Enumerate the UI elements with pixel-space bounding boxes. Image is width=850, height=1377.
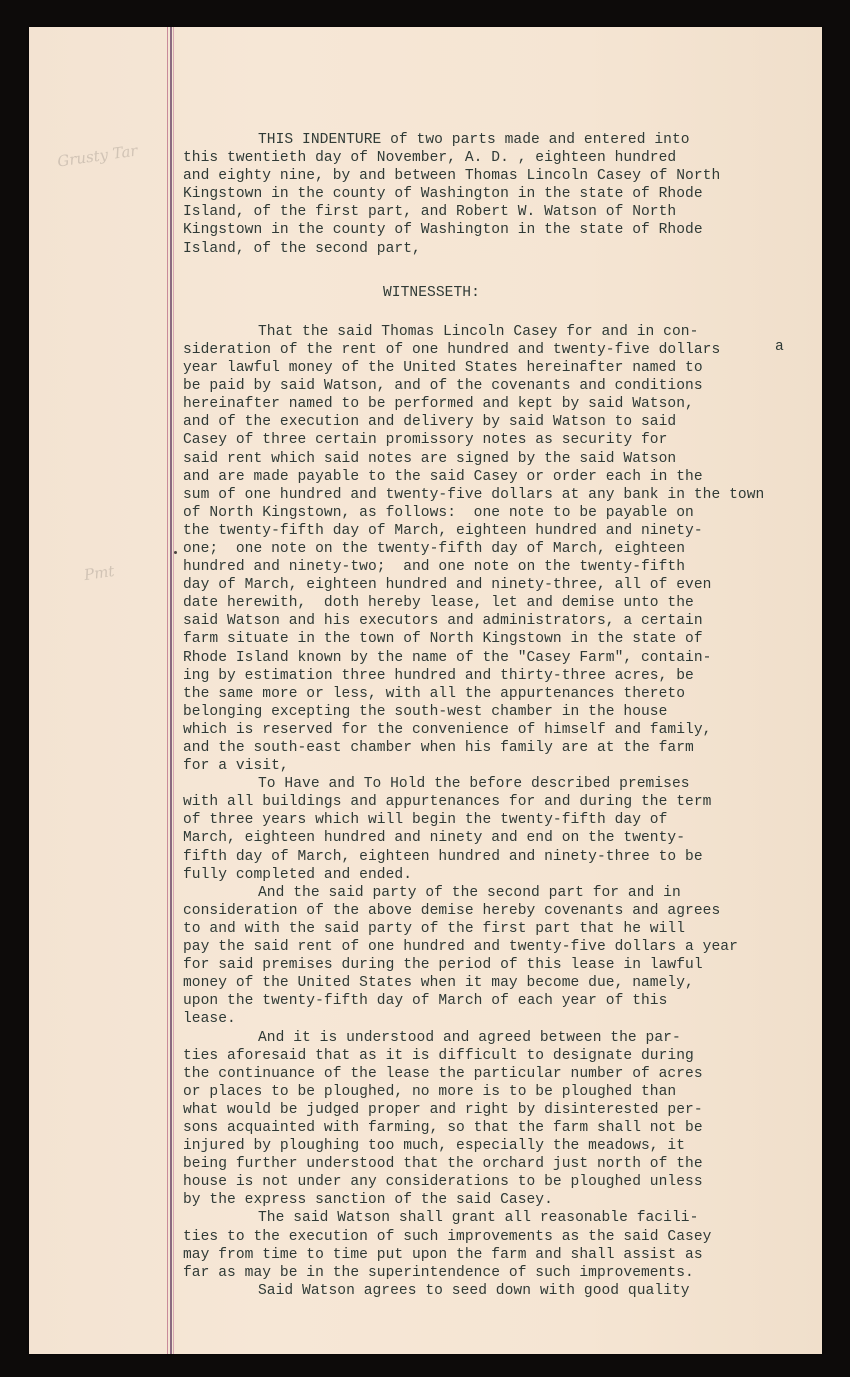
ink-mark <box>174 551 177 554</box>
text-line: And it is understood and agreed between … <box>183 1029 823 1047</box>
overflow-word: a <box>775 339 784 355</box>
text-line: hereinafter named to be performed and ke… <box>183 395 823 413</box>
text-line: what would be judged proper and right by… <box>183 1101 823 1119</box>
pencil-margin-note: Grusty Tar <box>56 141 138 170</box>
paragraph-covenant-rent: And the said party of the second part fo… <box>183 884 823 1029</box>
text-line: March, eighteen hundred and ninety and e… <box>183 829 823 847</box>
text-line: sons acquainted with farming, so that th… <box>183 1119 823 1137</box>
margin-rule <box>170 27 172 1354</box>
paragraph-consideration: That the said Thomas Lincoln Casey for a… <box>183 323 823 775</box>
text-line: far as may be in the superintendence of … <box>183 1264 823 1282</box>
text-line: and are made payable to the said Casey o… <box>183 468 823 486</box>
text-line: said Watson and his executors and admini… <box>183 612 823 630</box>
text-line: pay the said rent of one hundred and twe… <box>183 938 823 956</box>
pencil-margin-note: Pmt <box>83 562 116 584</box>
text-line: and the south-east chamber when his fami… <box>183 739 823 757</box>
paragraph-ploughing: And it is understood and agreed between … <box>183 1029 823 1210</box>
text-line: may from time to time put upon the farm … <box>183 1246 823 1264</box>
text-line: being further understood that the orchar… <box>183 1155 823 1173</box>
text-line: Island, of the second part, <box>183 240 823 258</box>
text-line: hundred and ninety-two; and one note on … <box>183 558 823 576</box>
text-line: sum of one hundred and twenty-five dolla… <box>183 486 823 504</box>
text-line: which is reserved for the convenience of… <box>183 721 823 739</box>
text-line: this twentieth day of November, A. D. , … <box>183 149 823 167</box>
text-line: the same more or less, with all the appu… <box>183 685 823 703</box>
text-line: Kingstown in the county of Washington in… <box>183 185 823 203</box>
paragraph-seeding: Said Watson agrees to seed down with goo… <box>183 1282 823 1300</box>
paragraph-habendum: To Have and To Hold the before described… <box>183 775 823 884</box>
text-line: ing by estimation three hundred and thir… <box>183 667 823 685</box>
text-line: and eighty nine, by and between Thomas L… <box>183 167 823 185</box>
text-line: farm situate in the town of North Kingst… <box>183 630 823 648</box>
text-line: year lawful money of the United States h… <box>183 359 823 377</box>
text-line: Kingstown in the county of Washington in… <box>183 221 823 239</box>
text-line: To Have and To Hold the before described… <box>183 775 823 793</box>
text-line: consideration of the above demise hereby… <box>183 902 823 920</box>
text-line: Said Watson agrees to seed down with goo… <box>183 1282 823 1300</box>
text-line: That the said Thomas Lincoln Casey for a… <box>183 323 823 341</box>
paragraph-preamble: THIS INDENTURE of two parts made and ent… <box>183 131 823 258</box>
text-line: house is not under any considerations to… <box>183 1173 823 1191</box>
text-line: THIS INDENTURE of two parts made and ent… <box>183 131 823 149</box>
text-line: The said Watson shall grant all reasonab… <box>183 1209 823 1227</box>
text-line: Island, of the first part, and Robert W.… <box>183 203 823 221</box>
text-line: And the said party of the second part fo… <box>183 884 823 902</box>
text-line: for a visit, <box>183 757 823 775</box>
text-line: upon the twenty-fifth day of March of ea… <box>183 992 823 1010</box>
text-line: fully completed and ended. <box>183 866 823 884</box>
margin-rule <box>167 27 168 1354</box>
text-line: ties aforesaid that as it is difficult t… <box>183 1047 823 1065</box>
text-line: lease. <box>183 1010 823 1028</box>
text-line: be paid by said Watson, and of the coven… <box>183 377 823 395</box>
text-line: of North Kingstown, as follows: one note… <box>183 504 823 522</box>
text-line: with all buildings and appurtenances for… <box>183 793 823 811</box>
text-line: to and with the said party of the first … <box>183 920 823 938</box>
section-heading: WITNESSETH: <box>183 284 823 302</box>
text-line: injured by ploughing too much, especiall… <box>183 1137 823 1155</box>
document-body: THIS INDENTURE of two parts made and ent… <box>183 131 823 1300</box>
text-line: day of March, eighteen hundred and ninet… <box>183 576 823 594</box>
text-line: ties to the execution of such improvemen… <box>183 1228 823 1246</box>
text-line: date herewith, doth hereby lease, let an… <box>183 594 823 612</box>
margin-rule <box>173 27 174 1354</box>
paragraph-improvements: The said Watson shall grant all reasonab… <box>183 1209 823 1281</box>
text-line: belonging excepting the south-west chamb… <box>183 703 823 721</box>
text-line: money of the United States when it may b… <box>183 974 823 992</box>
text-line: said rent which said notes are signed by… <box>183 450 823 468</box>
text-line: the continuance of the lease the particu… <box>183 1065 823 1083</box>
text-line: and of the execution and delivery by sai… <box>183 413 823 431</box>
text-line: sideration of the rent of one hundred an… <box>183 341 823 359</box>
text-line: for said premises during the period of t… <box>183 956 823 974</box>
text-line: Casey of three certain promissory notes … <box>183 431 823 449</box>
text-line: of three years which will begin the twen… <box>183 811 823 829</box>
text-line: the twenty-fifth day of March, eighteen … <box>183 522 823 540</box>
text-line: by the express sanction of the said Case… <box>183 1191 823 1209</box>
text-line: fifth day of March, eighteen hundred and… <box>183 848 823 866</box>
text-line: or places to be ploughed, no more is to … <box>183 1083 823 1101</box>
text-line: one; one note on the twenty-fifth day of… <box>183 540 823 558</box>
text-line: Rhode Island known by the name of the "C… <box>183 649 823 667</box>
